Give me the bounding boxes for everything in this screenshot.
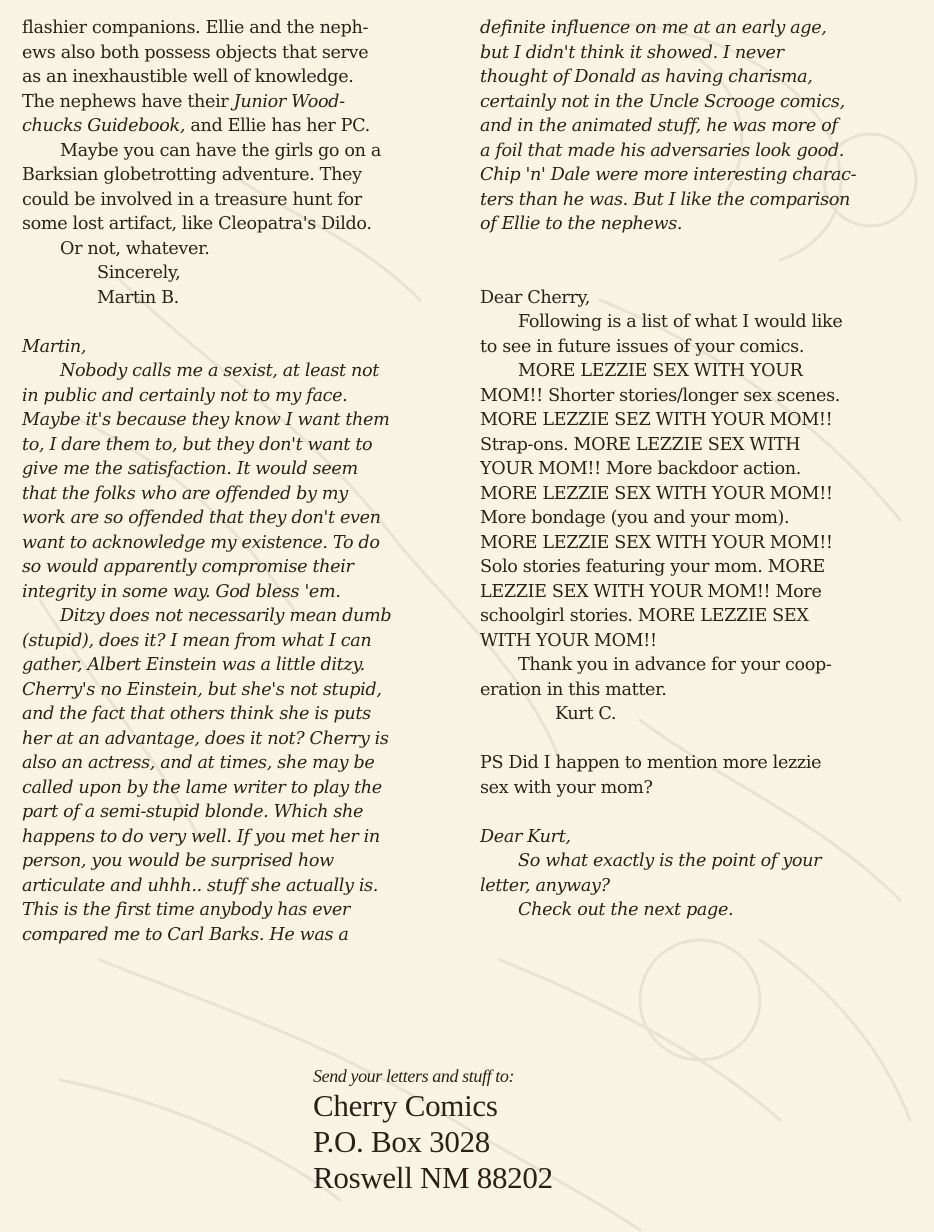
letter-line: ews also both possess objects that serve <box>22 41 462 66</box>
letter-line: Kurt C. <box>480 702 920 727</box>
reply-line: called upon by the lame writer to play t… <box>22 776 462 801</box>
reply-line: definite influence on me at an early age… <box>480 16 920 41</box>
letter-line: flashier companions. Ellie and the neph- <box>22 16 462 41</box>
reply-body: Nobody calls me a sexist, at least notin… <box>22 359 462 947</box>
letter-line: YOUR MOM!! More backdoor action. <box>480 457 920 482</box>
editor-reply-martin: Martin, Nobody calls me a sexist, at lea… <box>22 335 462 948</box>
letter-line: The nephews have their Junior Wood- <box>22 90 462 115</box>
spacer <box>480 800 920 825</box>
spacer <box>480 237 920 286</box>
address-city: Roswell NM 88202 <box>313 1160 553 1196</box>
letter-line: some lost artifact, like Cleopatra's Dil… <box>22 212 462 237</box>
letter-line: chucks Guidebook, and Ellie has her PC. <box>22 114 462 139</box>
reply-salutation: Dear Kurt, <box>480 825 920 850</box>
reply-line: in public and certainly not to my face. <box>22 384 462 409</box>
kurt-letter: Dear Cherry, Following is a list of what… <box>480 286 920 801</box>
reply-line: also an actress, and at times, she may b… <box>22 751 462 776</box>
reply-line: articulate and uhhh.. stuff she actually… <box>22 874 462 899</box>
reply-line: want to acknowledge my existence. To do <box>22 531 462 556</box>
letter-line: Or not, whatever. <box>22 237 462 262</box>
reply-line: thought of Donald as having charisma, <box>480 65 920 90</box>
reply-line: happens to do very well. If you met her … <box>22 825 462 850</box>
reply-line: Check out the next page. <box>480 898 920 923</box>
letter-line: MORE LEZZIE SEZ WITH YOUR MOM!! <box>480 408 920 433</box>
letter-line: LEZZIE SEX WITH YOUR MOM!! More <box>480 580 920 605</box>
letter-line: could be involved in a treasure hunt for <box>22 188 462 213</box>
reply-line: certainly not in the Uncle Scrooge comic… <box>480 90 920 115</box>
reply-line: that the folks who are offended by my <box>22 482 462 507</box>
letter-line: schoolgirl stories. MORE LEZZIE SEX <box>480 604 920 629</box>
right-column: definite influence on me at an early age… <box>480 16 920 923</box>
reply-line: So what exactly is the point of your <box>480 849 920 874</box>
reply-line: gather, Albert Einstein was a little dit… <box>22 653 462 678</box>
letter-line: Following is a list of what I would like <box>480 310 920 335</box>
spacer <box>22 310 462 335</box>
reply-line: Cherry's no Einstein, but she's not stup… <box>22 678 462 703</box>
reply-line: and the fact that others think she is pu… <box>22 702 462 727</box>
reply-line: compared me to Carl Barks. He was a <box>22 923 462 948</box>
reply-line: Ditzy does not necessarily mean dumb <box>22 604 462 629</box>
letter-line: Solo stories featuring your mom. MORE <box>480 555 920 580</box>
letter-line: Maybe you can have the girls go on a <box>22 139 462 164</box>
reply-line: Maybe it's because they know I want them <box>22 408 462 433</box>
signature: Martin B. <box>22 286 462 311</box>
ps-line: sex with your mom? <box>480 776 920 801</box>
letter-line: to see in future issues of your comics. <box>480 335 920 360</box>
reply-body: So what exactly is the point of yourlett… <box>480 849 920 923</box>
left-column: flashier companions. Ellie and the neph-… <box>22 16 462 947</box>
letter-line: MOM!! Shorter stories/longer sex scenes. <box>480 384 920 409</box>
address-company: Cherry Comics <box>313 1088 553 1124</box>
spacer <box>480 727 920 752</box>
letter-line: Barksian globetrotting adventure. They <box>22 163 462 188</box>
reply-line: so would apparently compromise their <box>22 555 462 580</box>
martin-letter: flashier companions. Ellie and the neph-… <box>22 16 462 310</box>
reply-line: (stupid), does it? I mean from what I ca… <box>22 629 462 654</box>
letter-line: eration in this matter. <box>480 678 920 703</box>
letter-salutation: Dear Cherry, <box>480 286 920 311</box>
letter-body: Following is a list of what I would like… <box>480 310 920 727</box>
signoff: Sincerely, <box>22 261 462 286</box>
reply-salutation: Martin, <box>22 335 462 360</box>
reply-line: a foil that made his adversaries look go… <box>480 139 920 164</box>
editor-reply-kurt: Dear Kurt, So what exactly is the point … <box>480 825 920 923</box>
reply-line: work are so offended that they don't eve… <box>22 506 462 531</box>
reply-line: letter, anyway? <box>480 874 920 899</box>
letter-line: Strap-ons. MORE LEZZIE SEX WITH <box>480 433 920 458</box>
reply-line: but I didn't think it showed. I never <box>480 41 920 66</box>
mailing-address-block: Send your letters and stuff to: Cherry C… <box>313 1064 553 1196</box>
letter-line: Thank you in advance for your coop- <box>480 653 920 678</box>
ps-line: PS Did I happen to mention more lezzie <box>480 751 920 776</box>
letter-line: MORE LEZZIE SEX WITH YOUR <box>480 359 920 384</box>
reply-line: part of a semi-stupid blonde. Which she <box>22 800 462 825</box>
address-lead: Send your letters and stuff to: <box>313 1064 553 1088</box>
letter-line: as an inexhaustible well of knowledge. <box>22 65 462 90</box>
editor-reply-continuation: definite influence on me at an early age… <box>480 16 920 237</box>
reply-line: of Ellie to the nephews. <box>480 212 920 237</box>
reply-line: This is the first time anybody has ever <box>22 898 462 923</box>
letter-line: MORE LEZZIE SEX WITH YOUR MOM!! <box>480 482 920 507</box>
reply-line: person, you would be surprised how <box>22 849 462 874</box>
reply-line: her at an advantage, does it not? Cherry… <box>22 727 462 752</box>
reply-line: give me the satisfaction. It would seem <box>22 457 462 482</box>
reply-line: and in the animated stuff, he was more o… <box>480 114 920 139</box>
reply-line: Chip 'n' Dale were more interesting char… <box>480 163 920 188</box>
letter-line: WITH YOUR MOM!! <box>480 629 920 654</box>
letter-line: More bondage (you and your mom). <box>480 506 920 531</box>
reply-line: to, I dare them to, but they don't want … <box>22 433 462 458</box>
reply-line: Nobody calls me a sexist, at least not <box>22 359 462 384</box>
reply-line: ters than he was. But I like the compari… <box>480 188 920 213</box>
address-po-box: P.O. Box 3028 <box>313 1124 553 1160</box>
reply-line: integrity in some way. God bless 'em. <box>22 580 462 605</box>
letter-line: MORE LEZZIE SEX WITH YOUR MOM!! <box>480 531 920 556</box>
